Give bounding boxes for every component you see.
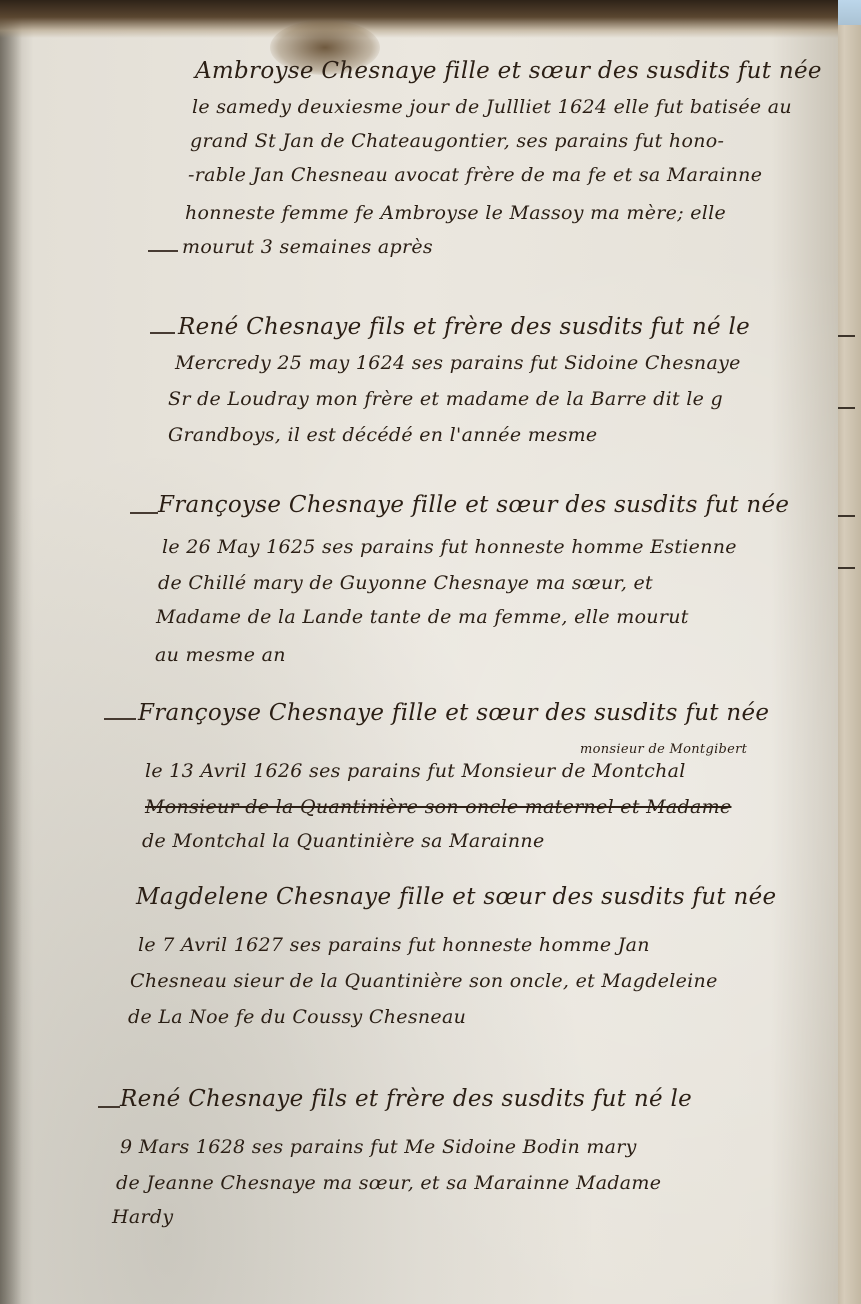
line-filler-dash xyxy=(130,512,158,514)
interlinear-correction: monsieur de Montgibert xyxy=(580,742,747,757)
entry-line: le 26 May 1625 ses parains fut honneste … xyxy=(162,536,737,558)
entry-line: Françoyse Chesnaye fille et sœur des sus… xyxy=(138,700,769,726)
entry-line: de Montchal la Quantinière sa Marainne xyxy=(142,830,545,852)
entry-line: Magdelene Chesnaye fille et sœur des sus… xyxy=(136,884,776,910)
entry-line: grand St Jan de Chateaugontier, ses para… xyxy=(190,130,724,152)
page-fold-shadow xyxy=(0,0,22,1304)
entry-line: 9 Mars 1628 ses parains fut Me Sidoine B… xyxy=(120,1136,637,1158)
line-filler-dash xyxy=(148,250,178,252)
entry-line: Chesneau sieur de la Quantinière son onc… xyxy=(130,970,718,992)
manuscript-page: Ambroyse Chesnaye fille et sœur des susd… xyxy=(0,0,838,1304)
entry-line: Sr de Loudray mon frère et madame de la … xyxy=(168,388,723,410)
entry-line: Madame de la Lande tante de ma femme, el… xyxy=(156,606,689,628)
entry-line: Mercredy 25 may 1624 ses parains fut Sid… xyxy=(175,352,741,374)
entry-line: au mesme an xyxy=(155,644,286,666)
entry-line: le 7 Avril 1627 ses parains fut honneste… xyxy=(138,934,650,956)
damaged-top-edge xyxy=(0,0,838,38)
entry-line: Hardy xyxy=(112,1206,173,1228)
entry-line: Grandboys, il est décédé en l'année mesm… xyxy=(168,424,597,446)
entry-line: de Jeanne Chesnaye ma sœur, et sa Marain… xyxy=(116,1172,661,1194)
line-filler-dash xyxy=(98,1106,120,1108)
entry-line: René Chesnaye fils et frère des susdits … xyxy=(178,314,750,340)
entry-line: honneste femme fe Ambroyse le Massoy ma … xyxy=(185,202,726,224)
entry-line: de Chillé mary de Guyonne Chesnaye ma sœ… xyxy=(158,572,653,594)
line-filler-dash xyxy=(150,332,175,334)
entry-line-struck: Monsieur de la Quantinière son oncle mat… xyxy=(145,796,731,818)
entry-line: le 13 Avril 1626 ses parains fut Monsieu… xyxy=(145,760,686,782)
entry-line: Ambroyse Chesnaye fille et sœur des susd… xyxy=(195,58,822,84)
entry-line: Françoyse Chesnaye fille et sœur des sus… xyxy=(158,492,789,518)
entry-line: René Chesnaye fils et frère des susdits … xyxy=(120,1086,692,1112)
entry-line: -rable Jan Chesneau avocat frère de ma f… xyxy=(188,164,762,186)
entry-line: de La Noe fe du Coussy Chesneau xyxy=(128,1006,466,1028)
entry-line: le samedy deuxiesme jour de Jullliet 162… xyxy=(192,96,792,118)
entry-line: mourut 3 semaines après xyxy=(182,236,433,258)
line-filler-dash xyxy=(104,718,136,720)
